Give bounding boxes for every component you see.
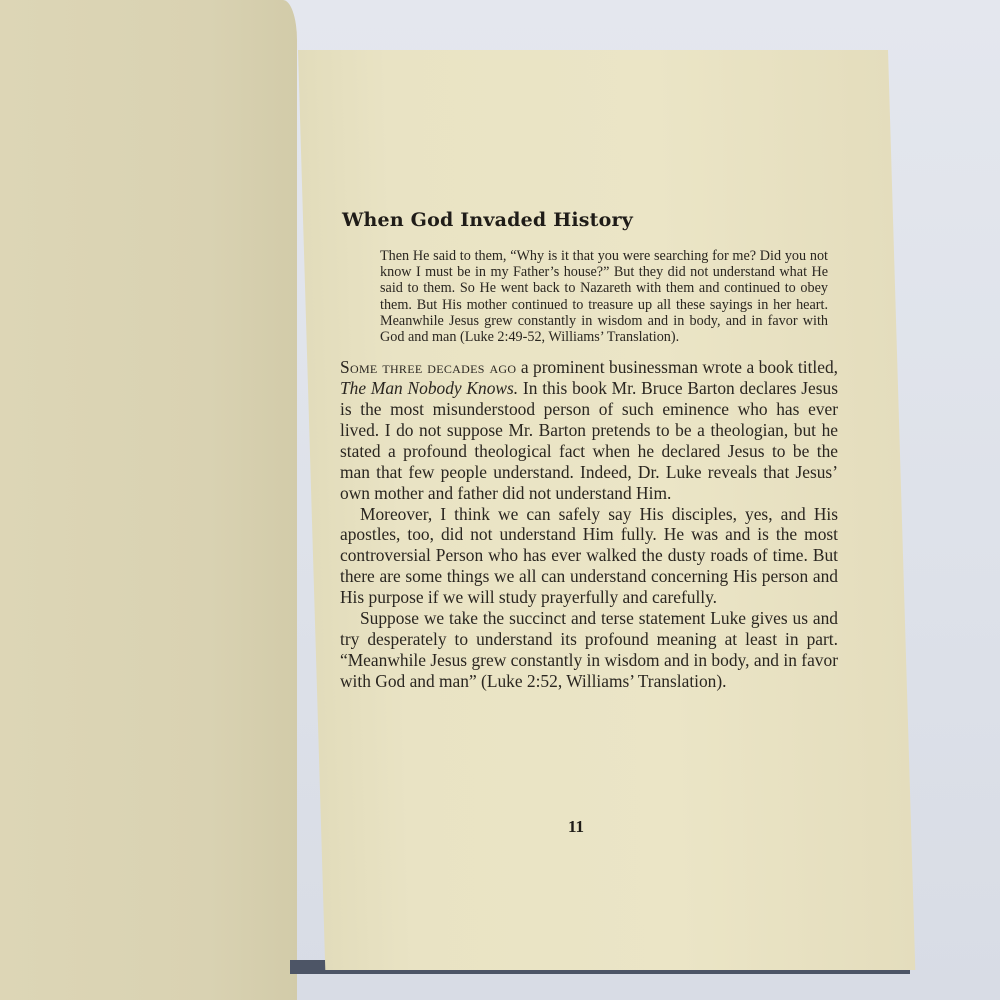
chapter-title: When God Invaded History bbox=[342, 209, 840, 231]
paragraph-lead-smallcaps: Some three decades ago bbox=[340, 357, 516, 377]
book-title-italic: The Man Nobody Knows. bbox=[340, 378, 518, 398]
left-page bbox=[0, 0, 297, 1000]
paragraph-1: Some three decades ago a prominent busin… bbox=[340, 357, 838, 503]
page-number: 11 bbox=[568, 817, 584, 837]
paragraph-2: Moreover, I think we can safely say His … bbox=[340, 504, 838, 609]
body-text: Some three decades ago a prominent busin… bbox=[340, 357, 838, 692]
page-content: When God Invaded History Then He said to… bbox=[340, 205, 840, 692]
epigraph-quote: Then He said to them, “Why is it that yo… bbox=[380, 248, 828, 345]
paragraph-text: a prominent businessman wrote a book tit… bbox=[516, 357, 838, 377]
paragraph-3: Suppose we take the succinct and terse s… bbox=[340, 608, 838, 692]
